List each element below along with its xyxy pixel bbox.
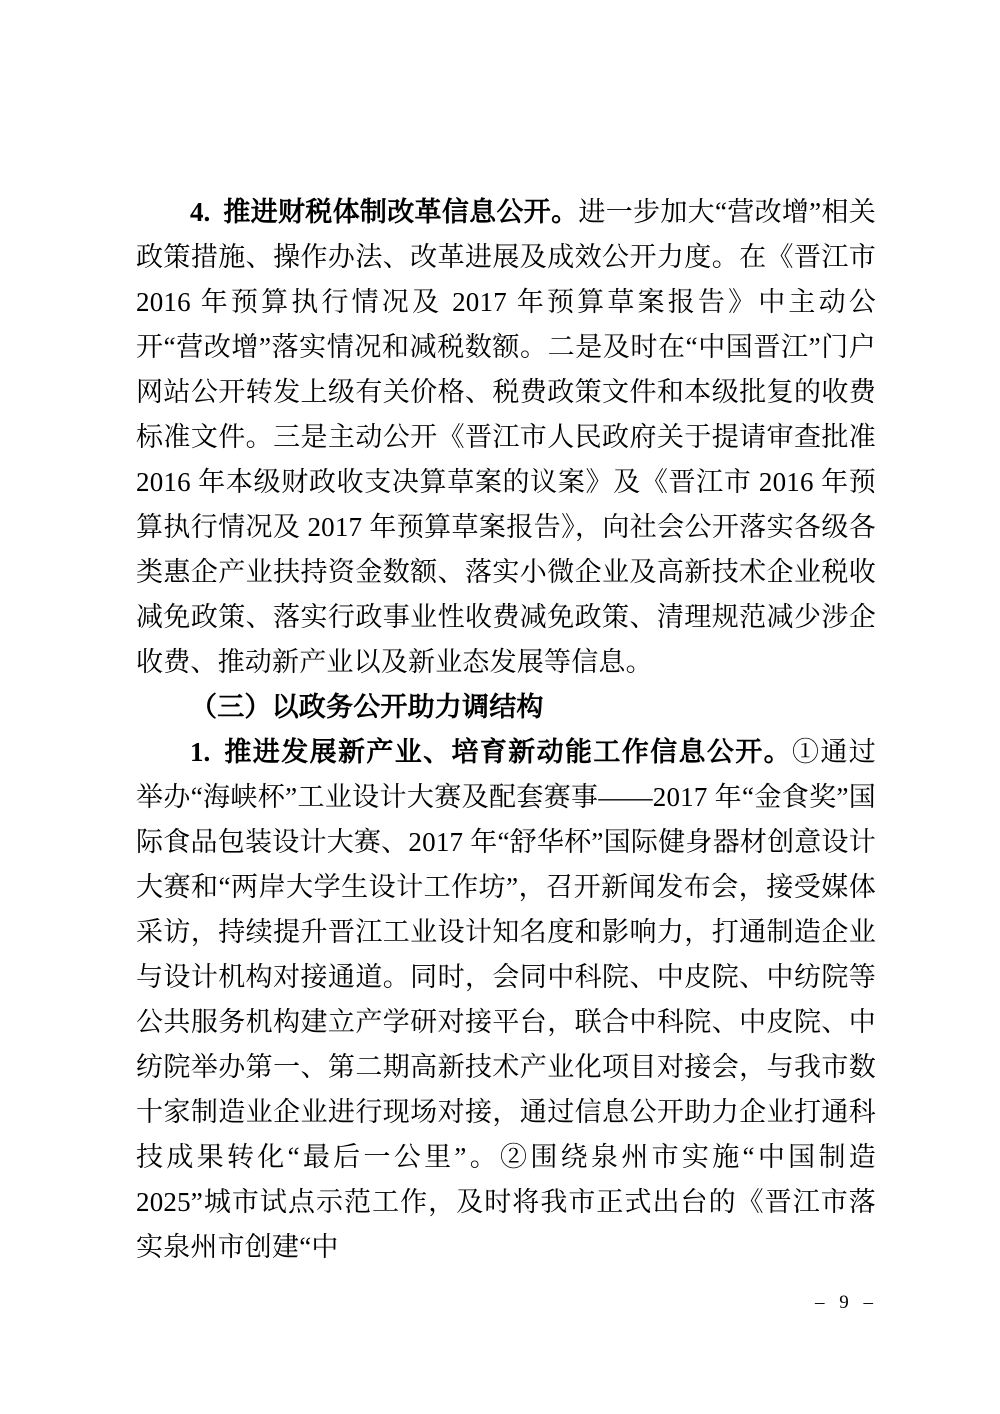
paragraph-fiscal-tax-reform: 4.推进财税体制改革信息公开。进一步加大“营改增”相关政策措施、操作办法、改革进… [136, 190, 876, 685]
document-body: 4.推进财税体制改革信息公开。进一步加大“营改增”相关政策措施、操作办法、改革进… [136, 190, 876, 1270]
paragraph-1-number: 1. [190, 737, 210, 767]
section-heading-three: （三）以政务公开助力调结构 [136, 685, 876, 730]
page-footer: – 9 – [815, 1288, 878, 1318]
paragraph-1-title: 推进发展新产业、培育新动能工作信息公开。 [223, 737, 792, 767]
paragraph-4-lead: 4.推进财税体制改革信息公开。 [190, 197, 578, 227]
page-number: – 9 – [815, 1292, 878, 1313]
paragraph-1-lead: 1.推进发展新产业、培育新动能工作信息公开。 [190, 737, 792, 767]
paragraph-1-body-text: ①通过举办“海峡杯”工业设计大赛及配套赛事——2017 年“金食奖”国际食品包装… [136, 737, 876, 1262]
paragraph-new-industry: 1.推进发展新产业、培育新动能工作信息公开。①通过举办“海峡杯”工业设计大赛及配… [136, 730, 876, 1270]
document-page: 4.推进财税体制改革信息公开。进一步加大“营改增”相关政策措施、操作办法、改革进… [0, 0, 1000, 1414]
paragraph-4-body-text: 进一步加大“营改增”相关政策措施、操作办法、改革进展及成效公开力度。在《晋江市 … [136, 197, 876, 677]
paragraph-4-number: 4. [190, 197, 210, 227]
paragraph-4-title: 推进财税体制改革信息公开。 [223, 197, 578, 227]
